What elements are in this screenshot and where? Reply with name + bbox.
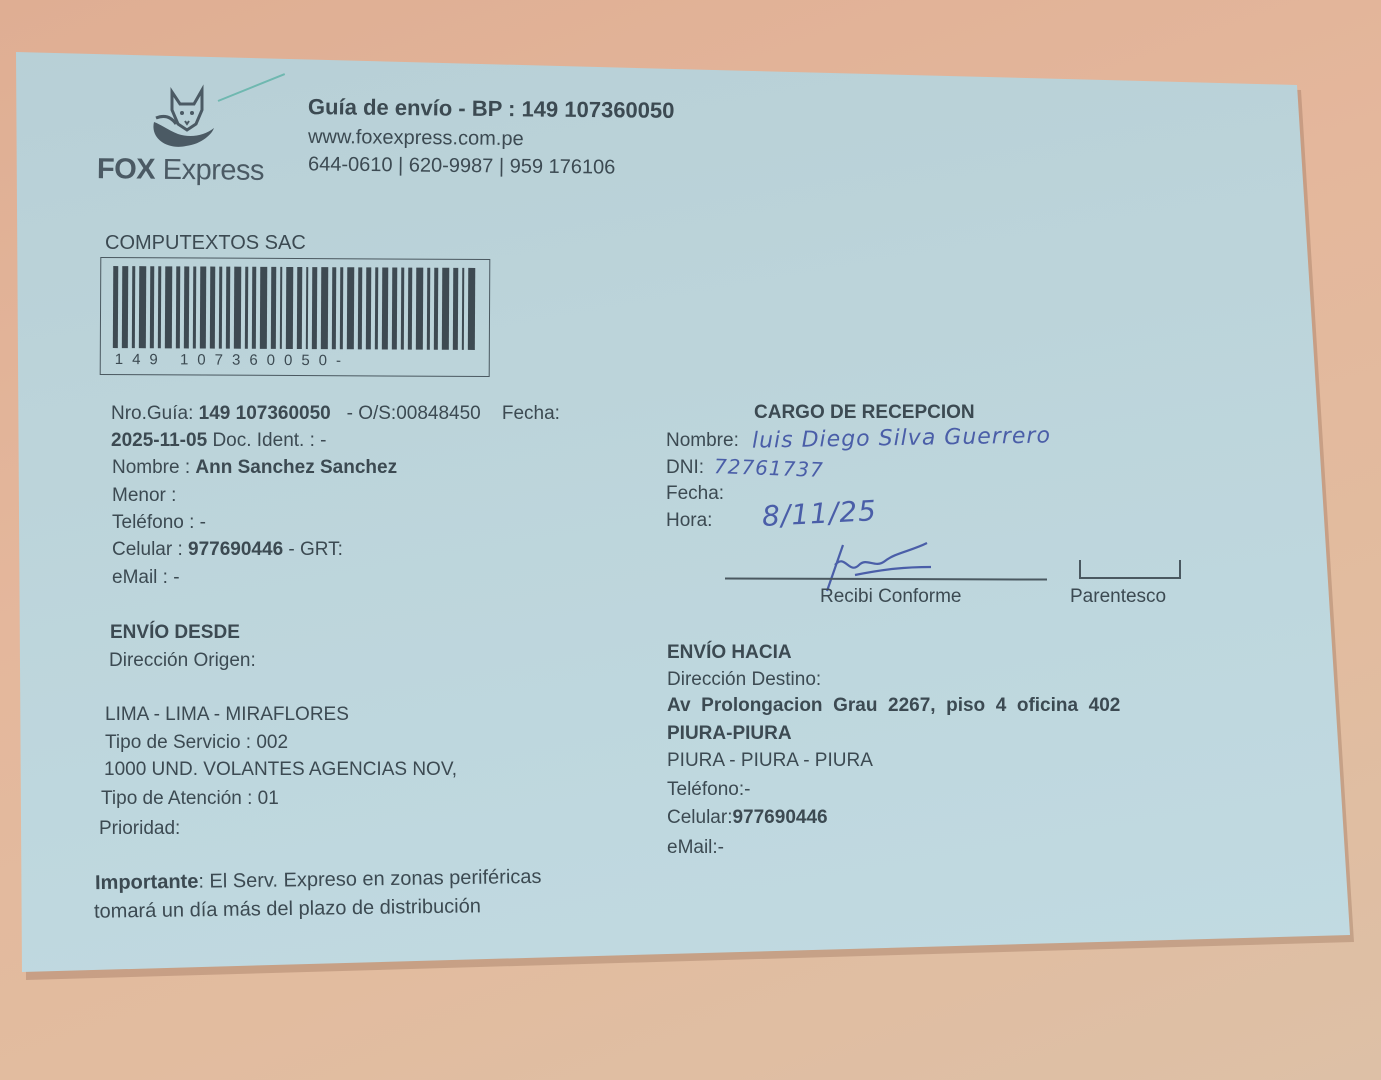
celular-value: 977690446 xyxy=(188,539,283,560)
phone-numbers: 644-0610 | 620-9987 | 959 176106 xyxy=(308,154,616,177)
fox-logo-icon xyxy=(150,84,225,154)
brand-bold: FOX xyxy=(97,153,155,186)
cargo-nombre-label: Nombre: xyxy=(666,431,739,450)
barcode-bar xyxy=(260,267,267,349)
barcode-bar xyxy=(210,267,215,349)
celular-label: Celular : xyxy=(112,539,183,560)
barcode-bar xyxy=(132,266,135,348)
dni-label: DNI: xyxy=(666,458,704,477)
sender-company: COMPUTEXTOS SAC xyxy=(105,233,306,253)
nombre-value: Ann Sanchez Sanchez xyxy=(195,457,397,478)
tipo-atencion: Tipo de Atención : 01 xyxy=(101,789,279,808)
barcode-bar xyxy=(175,266,180,348)
barcode-bar xyxy=(122,266,129,348)
barcode-bar xyxy=(442,268,449,350)
envio-hacia-title: ENVÍO HACIA xyxy=(667,643,792,662)
telefono: Teléfono : - xyxy=(112,513,206,532)
destino-celular-row: Celular:977690446 xyxy=(667,808,828,827)
destino-address-line1: Av Prolongacion Grau 2267, piso 4 oficin… xyxy=(667,696,1120,715)
staple-pin xyxy=(218,73,286,102)
destino-location: PIURA - PIURA - PIURA xyxy=(667,751,873,770)
destino-telefono: Teléfono:- xyxy=(667,780,750,799)
parentesco-tick-left xyxy=(1079,560,1081,578)
barcode-bar xyxy=(297,267,302,349)
cargo-title: CARGO DE RECEPCION xyxy=(754,403,975,422)
barcode-bar xyxy=(401,268,404,350)
nro-guia-value: 149 107360050 xyxy=(199,403,331,424)
barcode-bar xyxy=(427,268,430,350)
barcode-bar xyxy=(340,267,343,349)
handwritten-name: luis Diego Silva Guerrero xyxy=(752,425,1051,452)
shipping-label: FOX Express Guía de envío - BP : 149 107… xyxy=(0,0,1381,1080)
barcode-bar xyxy=(305,267,308,349)
barcode-number: 149 107360050- xyxy=(115,351,350,369)
barcode: 149 107360050- xyxy=(100,257,491,377)
barcode-bar xyxy=(271,267,276,349)
destino-celular-value: 977690446 xyxy=(732,807,827,828)
recibi-conforme: Recibi Conforme xyxy=(820,587,962,606)
barcode-bar xyxy=(366,267,371,349)
direccion-origen-label: Dirección Origen: xyxy=(109,651,256,670)
prioridad: Prioridad: xyxy=(99,819,180,838)
importante-line2: tomará un día más del plazo de distribuc… xyxy=(94,896,481,921)
barcode-bar xyxy=(453,268,458,350)
doc-ident: Doc. Ident. : - xyxy=(212,430,326,451)
fecha-label: Fecha: xyxy=(502,403,560,424)
brand-logo: FOX Express xyxy=(97,155,264,186)
fecha-value: 2025-11-05 xyxy=(111,430,207,451)
parentesco-tick-right xyxy=(1179,560,1181,578)
barcode-bar xyxy=(165,266,172,348)
cargo-fecha-label: Fecha: xyxy=(666,484,724,503)
barcode-bar xyxy=(279,267,282,349)
hora-label: Hora: xyxy=(666,511,712,530)
website-link: www.foxexpress.com.pe xyxy=(308,127,524,149)
order-service: - O/S:00848450 xyxy=(347,403,481,424)
barcode-bar xyxy=(312,267,317,349)
barcode-bar xyxy=(408,268,413,350)
parentesco: Parentesco xyxy=(1070,587,1166,606)
importante-label: Importante xyxy=(95,871,199,894)
tipo-servicio: Tipo de Servicio : 002 xyxy=(105,733,288,752)
barcode-bar xyxy=(149,266,154,348)
barcode-bar xyxy=(382,267,389,349)
barcode-bar xyxy=(392,268,397,350)
barcode-bar xyxy=(252,267,257,349)
barcode-bar xyxy=(139,266,146,348)
destino-address-line2: PIURA-PIURA xyxy=(667,724,792,743)
envio-desde-title: ENVÍO DESDE xyxy=(110,623,240,642)
barcode-bar xyxy=(375,267,378,349)
handwritten-date: 8/11/25 xyxy=(761,497,877,531)
barcode-bar xyxy=(219,267,222,349)
brand-light: Express xyxy=(163,154,265,187)
barcode-bar xyxy=(468,268,475,350)
nro-guia-row: Nro.Guía: 149 107360050 - O/S:00848450 F… xyxy=(111,404,560,423)
barcode-bar xyxy=(321,267,328,349)
grt: - GRT: xyxy=(288,539,343,560)
destino-email: eMail:- xyxy=(667,838,724,857)
barcode-bar xyxy=(184,266,189,348)
barcode-bar xyxy=(434,268,439,350)
fecha-doc-row: 2025-11-05 Doc. Ident. : - xyxy=(111,431,326,450)
guide-title: Guía de envío - BP : 149 107360050 xyxy=(308,96,675,122)
handwritten-dni: 72761737 xyxy=(714,456,824,480)
barcode-bar xyxy=(461,268,464,350)
barcode-bar xyxy=(193,266,196,348)
barcode-bar xyxy=(158,266,161,348)
email: eMail : - xyxy=(112,568,180,587)
barcode-bar xyxy=(416,268,423,350)
nombre-row: Nombre : Ann Sanchez Sanchez xyxy=(112,458,397,477)
parentesco-line xyxy=(1079,577,1181,579)
shipment-description: 1000 UND. VOLANTES AGENCIAS NOV, xyxy=(104,760,457,779)
importante-text: : El Serv. Expreso en zonas periféricas xyxy=(198,866,541,893)
barcode-bar xyxy=(286,267,293,349)
barcode-bar xyxy=(200,267,207,349)
destino-celular-label: Celular: xyxy=(667,807,732,828)
direccion-destino-label: Dirección Destino: xyxy=(667,670,821,689)
barcode-bar xyxy=(226,267,231,349)
importante-line1: Importante: El Serv. Expreso en zonas pe… xyxy=(95,867,542,893)
barcode-bar xyxy=(234,267,241,349)
barcode-bar xyxy=(331,267,336,349)
barcode-bar xyxy=(113,266,118,348)
barcode-bar xyxy=(245,267,248,349)
barcode-bars xyxy=(113,266,475,350)
nro-guia-label: Nro.Guía: xyxy=(111,403,193,424)
celular-row: Celular : 977690446 - GRT: xyxy=(112,540,343,559)
nombre-label: Nombre : xyxy=(112,457,190,478)
origen-location: LIMA - LIMA - MIRAFLORES xyxy=(105,705,349,724)
barcode-bar xyxy=(357,267,362,349)
menor-label: Menor : xyxy=(112,486,176,505)
barcode-bar xyxy=(347,267,354,349)
